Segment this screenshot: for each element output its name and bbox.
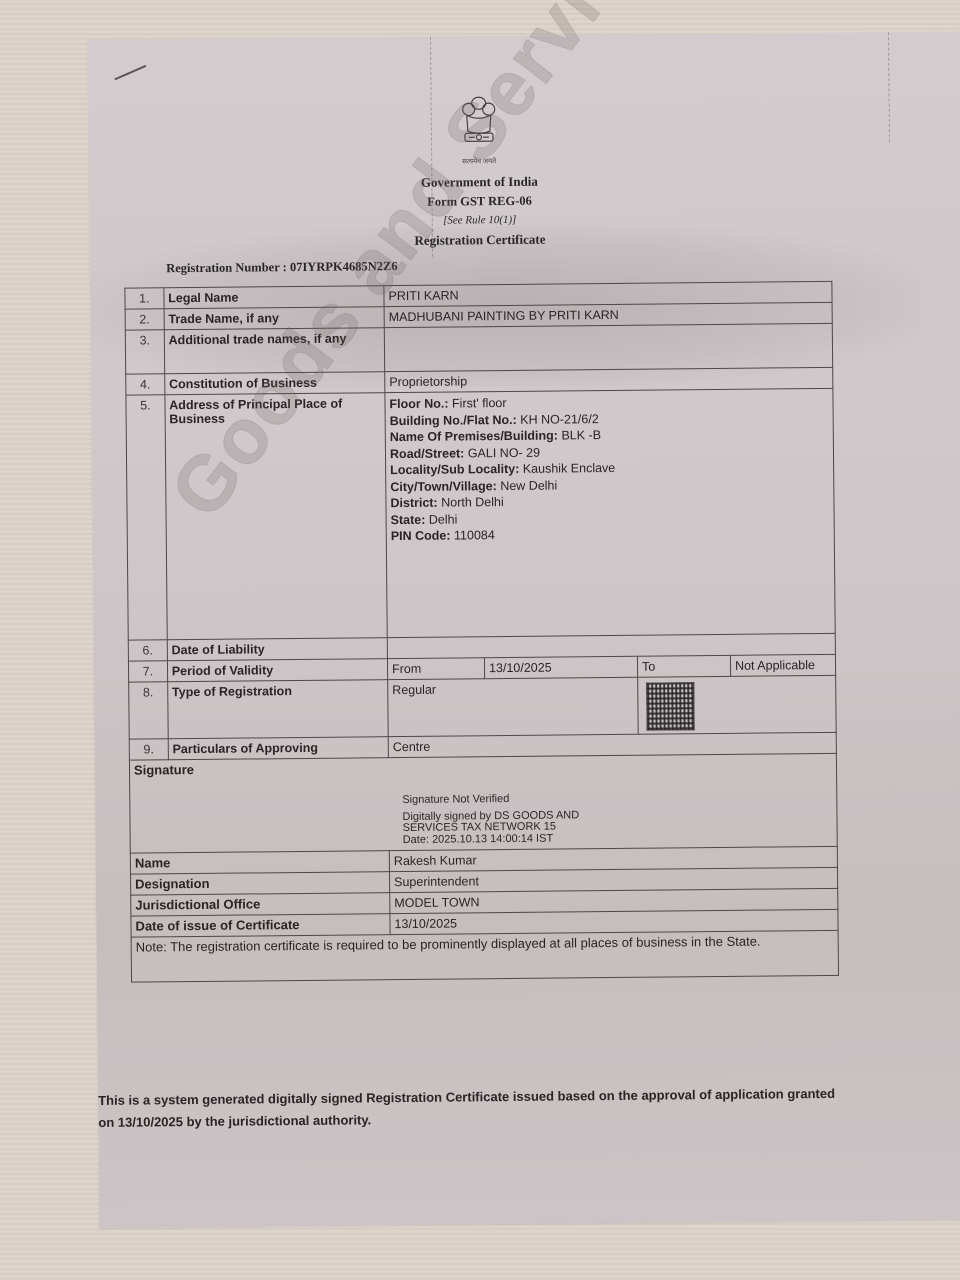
validity-to-label: To: [637, 655, 730, 677]
qr-code-icon: [646, 682, 694, 730]
registration-type-value: Regular: [388, 677, 639, 736]
constitution-label: Constitution of Business: [164, 372, 384, 395]
digital-signature-block: Signature Not Verified Digitally signed …: [134, 771, 833, 850]
table-row: 3. Additional trade names, if any: [125, 323, 832, 374]
pen-mark: [114, 65, 146, 80]
jurisdictional-office-label: Jurisdictional Office: [131, 893, 390, 916]
table-row: 5. Address of Principal Place of Busines…: [126, 388, 835, 640]
note-row: Note: The registration certificate is re…: [131, 930, 838, 982]
table-row: 8. Type of Registration Regular: [129, 675, 837, 739]
approving-authority-label: Particulars of Approving: [168, 737, 388, 760]
registration-type-label: Type of Registration: [167, 680, 388, 739]
officer-name-label: Name: [130, 851, 389, 874]
qr-cell: [638, 675, 837, 734]
registration-number: Registration Number : 07IYRPK4685N2Z6: [166, 259, 398, 276]
additional-trade-names-label: Additional trade names, if any: [164, 328, 385, 374]
registration-number-label: Registration Number :: [166, 260, 287, 275]
motto: सत्यमेव जयते: [89, 154, 869, 170]
additional-trade-names-value: [384, 323, 832, 371]
address-label: Address of Principal Place of Business: [165, 393, 388, 640]
legal-name-label: Legal Name: [164, 286, 384, 309]
certificate-header: सत्यमेव जयते Government of India Form GS…: [89, 88, 870, 255]
fold-line: [888, 32, 891, 142]
date-of-liability-label: Date of Liability: [167, 638, 387, 661]
national-emblem-icon: [457, 91, 502, 155]
trade-name-label: Trade Name, if any: [164, 307, 384, 330]
certificate-paper: सत्यमेव जयते Government of India Form GS…: [88, 31, 960, 1227]
period-of-validity-label: Period of Validity: [167, 659, 387, 682]
signature-row: Signature Signature Not Verified Digital…: [129, 753, 837, 853]
validity-from-label: From: [387, 658, 484, 680]
address-value: Floor No.: First' floor Building No./Fla…: [385, 388, 835, 637]
issue-date-label: Date of issue of Certificate: [131, 914, 390, 937]
display-note: Note: The registration certificate is re…: [131, 930, 838, 982]
designation-label: Designation: [131, 872, 390, 895]
system-generated-footer: This is a system generated digitally sig…: [98, 1082, 898, 1134]
validity-to-value: Not Applicable: [730, 654, 835, 676]
validity-from-date: 13/10/2025: [484, 656, 637, 678]
registration-details-table: 1. Legal Name PRITI KARN 2. Trade Name, …: [124, 281, 839, 983]
registration-number-value: 07IYRPK4685N2Z6: [290, 259, 398, 274]
signature-date: Date: 2025.10.13 14:00:14 IST: [403, 830, 833, 846]
signature-status: Signature Not Verified: [402, 791, 832, 807]
